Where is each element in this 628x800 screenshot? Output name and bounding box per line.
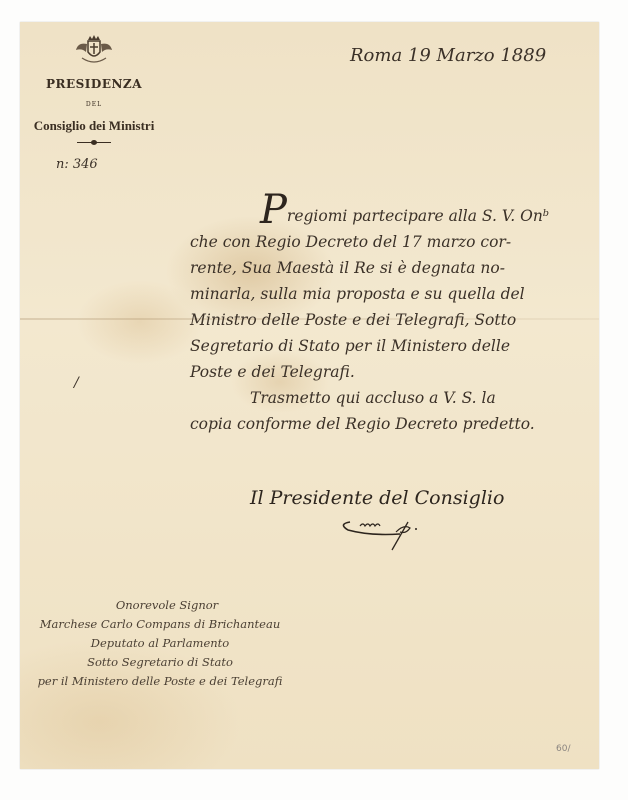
date-line: Roma 19 Marzo 1889 bbox=[350, 45, 546, 66]
letterhead-del: DEL bbox=[24, 101, 164, 108]
body-line-text: regiomi partecipare alla S. V. Onᵇ bbox=[287, 207, 549, 225]
protocol-number: n: 346 bbox=[56, 157, 98, 172]
body-line: Segretario di Stato per il Ministero del… bbox=[190, 333, 575, 359]
address-line: per il Ministero delle Poste e dei Teleg… bbox=[30, 672, 290, 691]
archive-number: 60/ bbox=[556, 744, 570, 754]
ornamental-divider bbox=[77, 142, 111, 143]
dropcap: P bbox=[260, 187, 287, 233]
body-line: Trasmetto qui accluso a V. S. la bbox=[190, 385, 575, 411]
signature-crispi bbox=[330, 512, 430, 552]
royal-crest-icon bbox=[74, 34, 114, 68]
recipient-address: Onorevole Signor Marchese Carlo Compans … bbox=[30, 596, 290, 691]
letterhead-council: Consiglio dei Ministri bbox=[24, 118, 164, 134]
margin-mark: / bbox=[74, 375, 79, 391]
body-line: Ministro delle Poste e dei Telegrafi, So… bbox=[190, 307, 575, 333]
address-line: Onorevole Signor bbox=[30, 596, 290, 615]
address-line: Marchese Carlo Compans di Brichanteau bbox=[30, 615, 290, 634]
body-line: minarla, sulla mia proposta e su quella … bbox=[190, 281, 575, 307]
closing-title: Il Presidente del Consiglio bbox=[250, 487, 504, 509]
address-line: Deputato al Parlamento bbox=[30, 634, 290, 653]
body-line: copia conforme del Regio Decreto predett… bbox=[190, 411, 575, 437]
letter-body: Pregiomi partecipare alla S. V. Onᵇ che … bbox=[190, 200, 575, 437]
address-line: Sotto Segretario di Stato bbox=[30, 653, 290, 672]
letterhead: PRESIDENZA DEL Consiglio dei Ministri bbox=[24, 34, 164, 143]
body-line: Pregiomi partecipare alla S. V. Onᵇ bbox=[190, 200, 575, 229]
body-line: rente, Sua Maestà il Re si è degnata no- bbox=[190, 255, 575, 281]
body-line: Poste e dei Telegrafi. bbox=[190, 359, 575, 385]
letterhead-title: PRESIDENZA bbox=[24, 77, 164, 91]
body-line: che con Regio Decreto del 17 marzo cor- bbox=[190, 229, 575, 255]
